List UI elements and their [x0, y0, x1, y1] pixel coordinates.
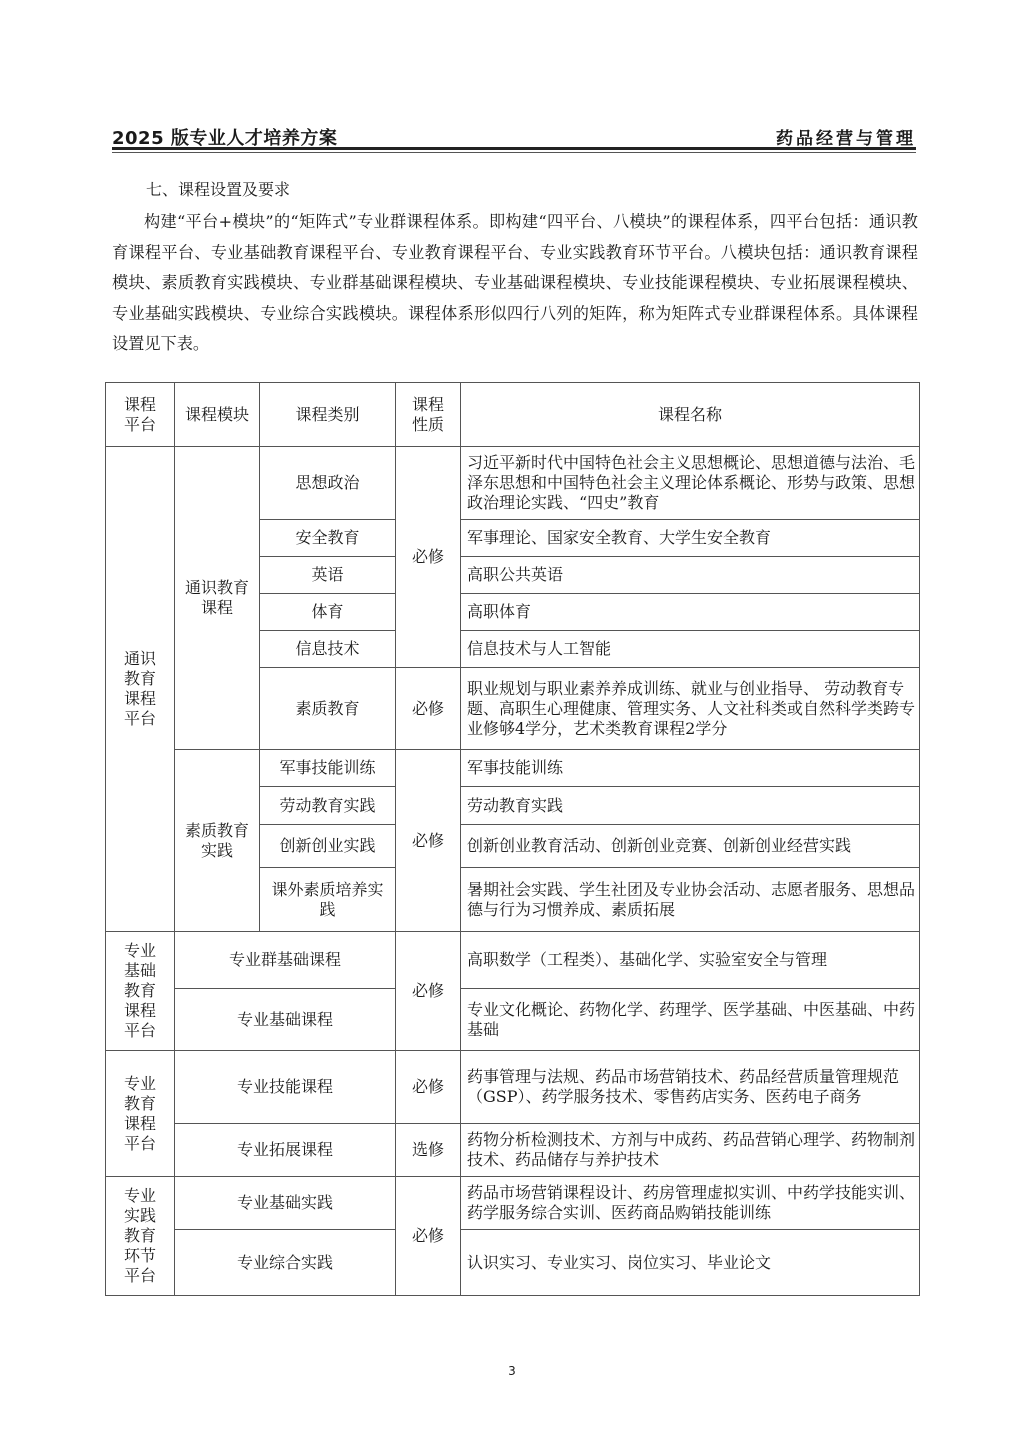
course-names-cell: 职业规划与职业素养养成训练、就业与创业指导、 劳动教育专题、高职生心理健康、管理…	[461, 668, 920, 750]
course-names-cell: 高职公共英语	[461, 557, 920, 594]
table-row: 通识教育课程平台 通识教育课程 思想政治 必修 习近平新时代中国特色社会主义思想…	[106, 447, 920, 520]
platform-professional-foundation: 专业基础教育课程平台	[106, 932, 175, 1051]
category-cell: 专业拓展课程	[175, 1124, 396, 1177]
intro-paragraph: 构建“平台+模块”的“矩阵式”专业群课程体系。即构建“四平台、八模块”的课程体系…	[112, 207, 918, 360]
course-names-cell: 药品市场营销课程设计、药房管理虚拟实训、中药学技能实训、药学服务综合实训、医药商…	[461, 1177, 920, 1230]
table-row: 专业教育课程平台 专业技能课程 必修 药事管理与法规、药品市场营销技术、药品经营…	[106, 1051, 920, 1124]
course-names-cell: 军事理论、国家安全教育、大学生安全教育	[461, 520, 920, 557]
nature-cell: 必修	[396, 1051, 461, 1124]
category-cell: 专业综合实践	[175, 1230, 396, 1296]
course-names-cell: 暑期社会实践、学生社团及专业协会活动、志愿者服务、思想品德与行为习惯养成、素质拓…	[461, 868, 920, 932]
header-major-name: 药品经营与管理	[776, 124, 916, 149]
course-names-cell: 认识实习、专业实习、岗位实习、毕业论文	[461, 1230, 920, 1296]
platform-general: 通识教育课程平台	[106, 447, 175, 932]
category-cell: 素质教育	[260, 668, 396, 750]
table-row: 专业基础教育课程平台 专业群基础课程 必修 高职数学（工程类）、基础化学、实验室…	[106, 932, 920, 989]
header-rule-thin	[112, 152, 916, 153]
course-names-cell: 高职体育	[461, 594, 920, 631]
platform-professional-practice: 专业实践教育环节平台	[106, 1177, 175, 1296]
header-nature: 课程性质	[396, 383, 461, 447]
nature-cell: 必修	[396, 668, 461, 750]
page-number: 3	[0, 1364, 1024, 1378]
category-cell: 专业群基础课程	[175, 932, 396, 989]
nature-cell: 必修	[396, 750, 461, 932]
table-row: 素质教育实践 军事技能训练 必修 军事技能训练	[106, 750, 920, 787]
category-cell: 劳动教育实践	[260, 787, 396, 825]
category-cell: 专业基础实践	[175, 1177, 396, 1230]
header-platform: 课程平台	[106, 383, 175, 447]
course-names-cell: 专业文化概论、药物化学、药理学、医学基础、中医基础、中药基础	[461, 989, 920, 1051]
curriculum-table: 课程平台 课程模块 课程类别 课程性质 课程名称 通识教育课程平台 通识教育课程…	[105, 382, 920, 1296]
category-cell: 思想政治	[260, 447, 396, 520]
table-header-row: 课程平台 课程模块 课程类别 课程性质 课程名称	[106, 383, 920, 447]
category-cell: 创新创业实践	[260, 825, 396, 868]
header-category: 课程类别	[260, 383, 396, 447]
table-row: 专业拓展课程 选修 药物分析检测技术、方剂与中成药、药品营销心理学、药物制剂技术…	[106, 1124, 920, 1177]
course-names-cell: 信息技术与人工智能	[461, 631, 920, 668]
category-cell: 体育	[260, 594, 396, 631]
table-row: 专业基础课程 专业文化概论、药物化学、药理学、医学基础、中医基础、中药基础	[106, 989, 920, 1051]
header-module: 课程模块	[175, 383, 260, 447]
course-names-cell: 高职数学（工程类）、基础化学、实验室安全与管理	[461, 932, 920, 989]
table-row: 专业综合实践 认识实习、专业实习、岗位实习、毕业论文	[106, 1230, 920, 1296]
nature-cell: 必修	[396, 1177, 461, 1296]
category-cell: 专业基础课程	[175, 989, 396, 1051]
nature-cell: 必修	[396, 447, 461, 668]
module-general-courses: 通识教育课程	[175, 447, 260, 750]
section-title: 七、课程设置及要求	[146, 177, 290, 200]
category-cell: 课外素质培养实践	[260, 868, 396, 932]
header-rule-thick	[112, 147, 916, 150]
category-cell: 专业技能课程	[175, 1051, 396, 1124]
page-header: 2025 版专业人才培养方案 药品经营与管理	[112, 120, 916, 150]
course-names-cell: 药物分析检测技术、方剂与中成药、药品营销心理学、药物制剂技术、药品储存与养护技术	[461, 1124, 920, 1177]
table-row: 专业实践教育环节平台 专业基础实践 必修 药品市场营销课程设计、药房管理虚拟实训…	[106, 1177, 920, 1230]
category-cell: 信息技术	[260, 631, 396, 668]
category-cell: 军事技能训练	[260, 750, 396, 787]
course-names-cell: 创新创业教育活动、创新创业竞赛、创新创业经营实践	[461, 825, 920, 868]
course-names-cell: 药事管理与法规、药品市场营销技术、药品经营质量管理规范（GSP）、药学服务技术、…	[461, 1051, 920, 1124]
platform-professional-education: 专业教育课程平台	[106, 1051, 175, 1177]
category-cell: 安全教育	[260, 520, 396, 557]
category-cell: 英语	[260, 557, 396, 594]
nature-cell: 必修	[396, 932, 461, 1051]
module-quality-practice: 素质教育实践	[175, 750, 260, 932]
course-names-cell: 军事技能训练	[461, 750, 920, 787]
header-course-names: 课程名称	[461, 383, 920, 447]
course-names-cell: 劳动教育实践	[461, 787, 920, 825]
course-names-cell: 习近平新时代中国特色社会主义思想概论、思想道德与法治、毛泽东思想和中国特色社会主…	[461, 447, 920, 520]
nature-cell: 选修	[396, 1124, 461, 1177]
